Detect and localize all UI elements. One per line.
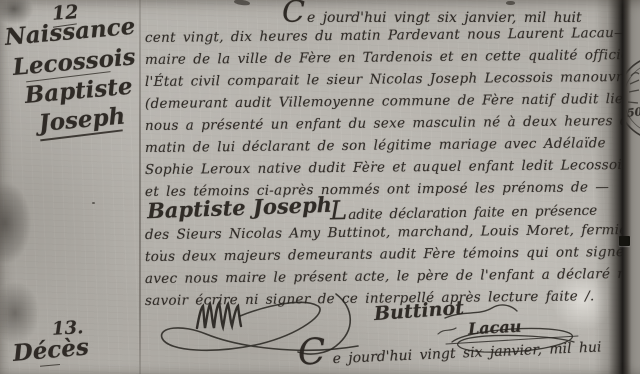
- child-name: Baptiste Joseph: [147, 192, 333, 223]
- paper-stain: [0, 168, 40, 278]
- binding-staple: [619, 236, 630, 246]
- declaration-intro-line: Ladite déclaration faite en présence: [330, 203, 597, 224]
- act-line: l'État civil comparait le sieur Nicolas …: [145, 71, 640, 90]
- margin-given-name-2: Joseph: [38, 103, 127, 137]
- act-line: (demeurant audit Villemoyenne commune de…: [145, 92, 640, 111]
- lacau-lead-squiggle: [438, 328, 456, 334]
- ink-speck: [506, 1, 515, 5]
- ink-speck: [234, 0, 251, 6]
- signature-lacau: Lacau: [468, 317, 522, 339]
- act-line: cent vingt, dix heures du matin Pardevan…: [145, 27, 628, 46]
- signature-scribble: [197, 303, 241, 328]
- stamp-number: 50: [626, 105, 640, 120]
- act-line: Sophie Leroux native dudit Fère et auque…: [145, 159, 629, 178]
- margin-entry-type-bottom: Décès: [12, 333, 90, 367]
- act-line: maire de la ville de Fère en Tardenois e…: [145, 49, 640, 68]
- act-line: matin de lui déclarant de son légitime m…: [145, 137, 606, 155]
- act-line: des Sieurs Nicolas Amy Buttinot, marchan…: [145, 224, 635, 243]
- revenue-stamp: [626, 46, 640, 156]
- stamp-emblem: [628, 73, 639, 103]
- signature-flourish-loop: [162, 302, 358, 350]
- act-line: nous a présenté un enfant du sexe mascul…: [145, 114, 640, 133]
- act-line: tous deux majeurs demeurants audit Fère …: [145, 246, 624, 265]
- act-line: avec nous maire le présent acte, le père…: [145, 268, 640, 287]
- act-opening-line: Ce jourd'hui vingt six janvier, mil huit: [282, 10, 582, 26]
- register-scan-page: 12 Naissance Lecossois Baptiste Joseph 1…: [0, 0, 640, 374]
- ink-speck: [92, 202, 95, 204]
